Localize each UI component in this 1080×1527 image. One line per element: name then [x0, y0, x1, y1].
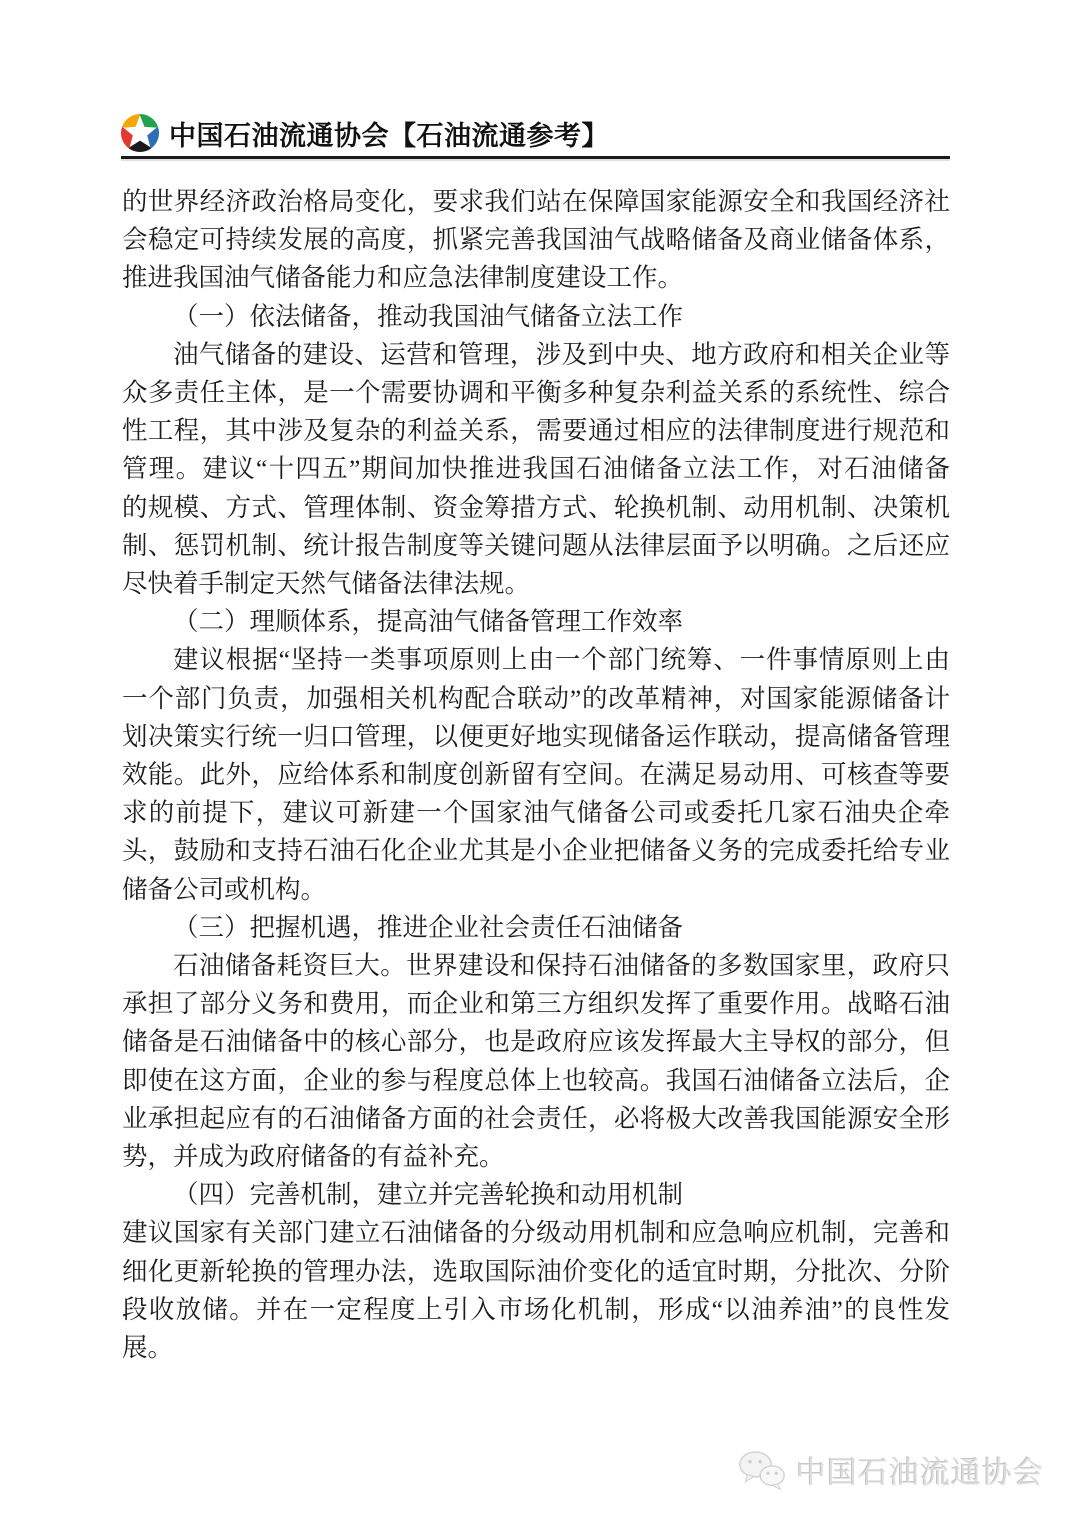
paragraph-line: 头，鼓励和支持石油石化企业尤其是小企业把储备义务的完成委托给专业	[122, 832, 950, 870]
paragraph-line: 管理。建议“十四五”期间加快推进我国石油储备立法工作，对石油储备	[122, 450, 950, 488]
header: 中国石油流通协会【石油流通参考】	[121, 110, 950, 156]
paragraph-line: 展。	[122, 1329, 950, 1367]
paragraph-line: 承担了部分义务和费用，而企业和第三方组织发挥了重要作用。战略石油	[122, 985, 950, 1023]
wechat-icon	[738, 1449, 786, 1491]
paragraph-line: 建议国家有关部门建立石油储备的分级动用机制和应急响应机制，完善和	[122, 1214, 950, 1252]
paragraph-line: 效能。此外，应给体系和制度创新留有空间。在满足易动用、可核查等要	[122, 756, 950, 794]
section-heading: （一）依法储备，推动我国油气储备立法工作	[122, 298, 950, 336]
paragraph-line: 会稳定可持续发展的高度，抓紧完善我国油气战略储备及商业储备体系，	[122, 221, 950, 259]
paragraph-line: 油气储备的建设、运营和管理，涉及到中央、地方政府和相关企业等	[122, 336, 950, 374]
paragraph-line: 细化更新轮换的管理办法，选取国际油价变化的适宜时期，分批次、分阶	[122, 1253, 950, 1291]
paragraph-line: 业承担起应有的石油储备方面的社会责任，必将极大改善我国能源安全形	[122, 1100, 950, 1138]
footer-watermark: 中国石油流通协会	[738, 1448, 1044, 1492]
paragraph-line: 段收放储。并在一定程度上引入市场化机制，形成“以油养油”的良性发	[122, 1291, 950, 1329]
paragraph-line: 建议根据“坚持一类事项原则上由一个部门统筹、一件事情原则上由	[122, 641, 950, 679]
paragraph-line: 石油储备耗资巨大。世界建设和保持石油储备的多数国家里，政府只	[122, 947, 950, 985]
paragraph-line: 一个部门负责，加强相关机构配合联动”的改革精神，对国家能源储备计	[122, 680, 950, 718]
paragraph-line: 推进我国油气储备能力和应急法律制度建设工作。	[122, 259, 950, 297]
document-page: 中国石油流通协会【石油流通参考】 的世界经济政治格局变化，要求我们站在保障国家能…	[0, 0, 1080, 1527]
paragraph-line: 即使在这方面，企业的参与程度总体上也较高。我国石油储备立法后，企	[122, 1062, 950, 1100]
paragraph-line: 储备公司或机构。	[122, 871, 950, 909]
paragraph-line: 的规模、方式、管理体制、资金筹措方式、轮换机制、动用机制、决策机	[122, 489, 950, 527]
watermark-text: 中国石油流通协会	[796, 1448, 1044, 1492]
paragraph-line: 划决策实行统一归口管理，以便更好地实现储备运作联动，提高储备管理	[122, 718, 950, 756]
paragraph-line: 求的前提下，建议可新建一个国家油气储备公司或委托几家石油央企牵	[122, 794, 950, 832]
paragraph-line: 性工程，其中涉及复杂的利益关系，需要通过相应的法律制度进行规范和	[122, 412, 950, 450]
paragraph-line: 势，并成为政府储备的有益补充。	[122, 1138, 950, 1176]
header-title: 中国石油流通协会【石油流通参考】	[169, 114, 609, 153]
association-logo-icon	[121, 114, 159, 152]
paragraph-line: 储备是石油储备中的核心部分，也是政府应该发挥最大主导权的部分，但	[122, 1023, 950, 1061]
header-divider	[121, 156, 950, 159]
article: 的世界经济政治格局变化，要求我们站在保障国家能源安全和我国经济社会稳定可持续发展…	[122, 183, 950, 1367]
section-heading: （三）把握机遇，推进企业社会责任石油储备	[122, 909, 950, 947]
paragraph-line: 的世界经济政治格局变化，要求我们站在保障国家能源安全和我国经济社	[122, 183, 950, 221]
paragraph-line: 尽快着手制定天然气储备法律法规。	[122, 565, 950, 603]
section-heading: （二）理顺体系，提高油气储备管理工作效率	[122, 603, 950, 641]
paragraph-line: 制、惩罚机制、统计报告制度等关键问题从法律层面予以明确。之后还应	[122, 527, 950, 565]
paragraph-line: 众多责任主体，是一个需要协调和平衡多种复杂利益关系的系统性、综合	[122, 374, 950, 412]
section-heading: （四）完善机制，建立并完善轮换和动用机制	[122, 1176, 950, 1214]
